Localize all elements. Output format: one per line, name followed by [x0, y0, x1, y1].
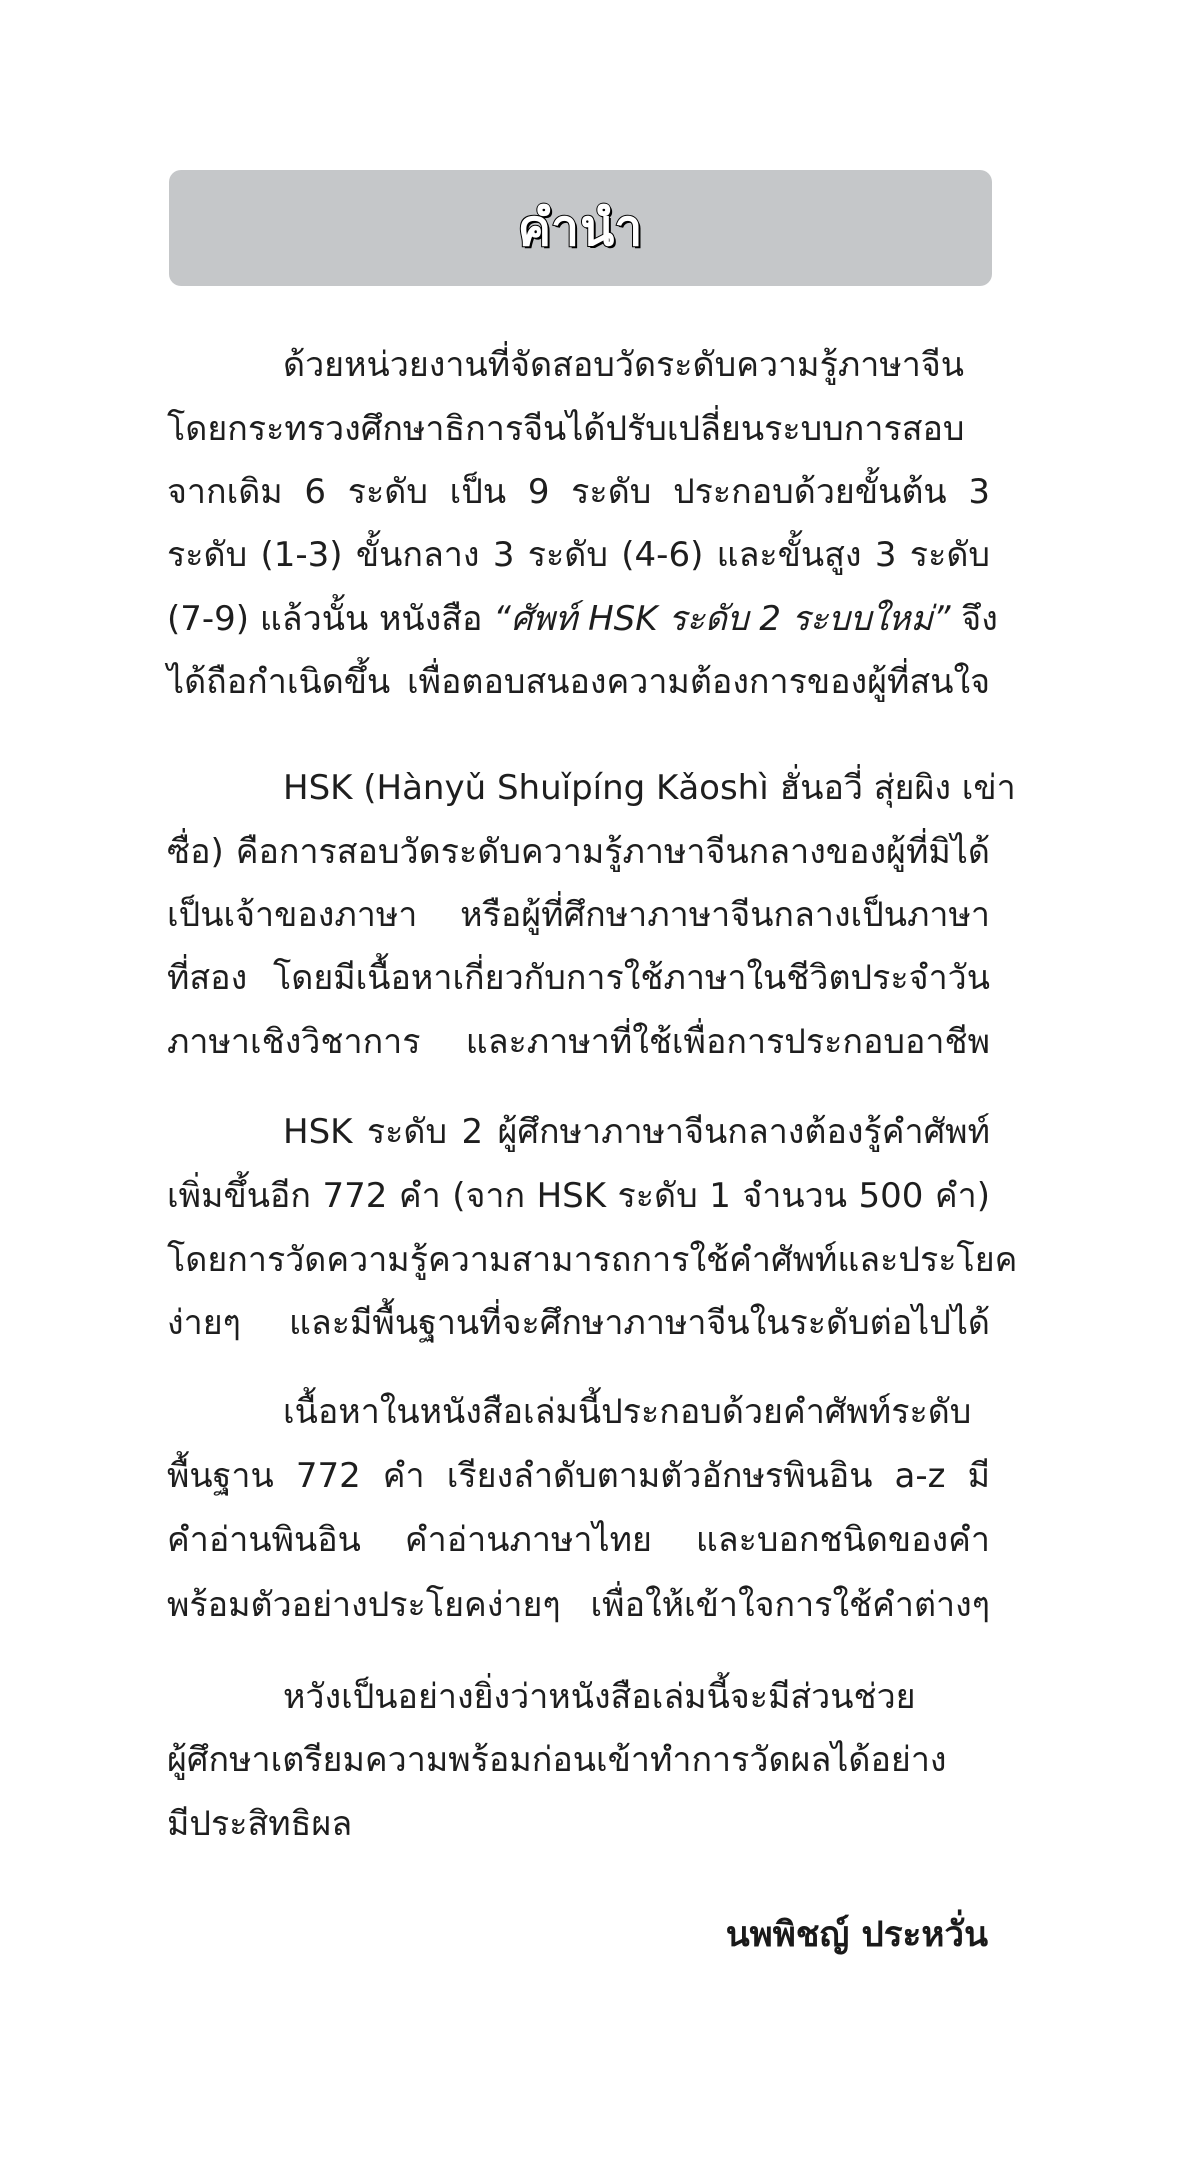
paragraph-line: ที่สอง โดยมีเนื้อหาเกี่ยวกับการใช้ภาษาใน… — [167, 948, 990, 1008]
line-text-after: จึง — [951, 599, 998, 639]
paragraph-line: ได้ถือกำเนิดขึ้น เพื่อตอบสนองความต้องการ… — [167, 652, 990, 712]
paragraph-line: HSK (Hànyǔ Shuǐpíng Kǎoshì ฮั่นอวี่ สุ่ย… — [283, 758, 990, 818]
title-banner: คำนำ — [169, 170, 992, 286]
author-signature: นพพิชญ์ ประหวั่น — [726, 1905, 988, 1965]
paragraph-line: ภาษาเชิงวิชาการ และภาษาที่ใช้เพื่อการประ… — [167, 1012, 990, 1072]
paragraph-line: จากเดิม 6 ระดับ เป็น 9 ระดับ ประกอบด้วยข… — [167, 462, 990, 522]
paragraph-line: ด้วยหน่วยงานที่จัดสอบวัดระดับความรู้ภาษา… — [283, 335, 990, 395]
paragraph-line: เนื้อหาในหนังสือเล่มนี้ประกอบด้วยคำศัพท์… — [283, 1382, 990, 1442]
paragraph-line: ซื่อ) คือการสอบวัดระดับความรู้ภาษาจีนกลา… — [167, 822, 990, 882]
paragraph-line: ง่ายๆ และมีพื้นฐานที่จะศึกษาภาษาจีนในระด… — [167, 1293, 990, 1353]
page-title: คำนำ — [518, 189, 644, 268]
paragraph-line: พร้อมตัวอย่างประโยคง่ายๆ เพื่อให้เข้าใจก… — [167, 1575, 990, 1635]
paragraph-line: ระดับ (1-3) ขั้นกลาง 3 ระดับ (4-6) และขั… — [167, 525, 990, 585]
paragraph-line: คำอ่านพินอิน คำอ่านภาษาไทย และบอกชนิดของ… — [167, 1510, 990, 1570]
paragraph-line: ผู้ศึกษาเตรียมความพร้อมก่อนเข้าทำการวัดผ… — [167, 1730, 990, 1790]
paragraph-line: เพิ่มขึ้นอีก 772 คำ (จาก HSK ระดับ 1 จำน… — [167, 1166, 990, 1226]
paragraph-line: โดยกระทรวงศึกษาธิการจีนได้ปรับเปลี่ยนระบ… — [167, 399, 990, 459]
paragraph-line: HSK ระดับ 2 ผู้ศึกษาภาษาจีนกลางต้องรู้คำ… — [283, 1102, 990, 1162]
line-text-before: (7-9) แล้วนั้น หนังสือ — [167, 599, 493, 639]
book-title-italic: “ศัพท์ HSK ระดับ 2 ระบบใหม่” — [493, 599, 950, 639]
paragraph-line: มีประสิทธิผล — [167, 1794, 990, 1854]
paragraph-line: โดยการวัดความรู้ความสามารถการใช้คำศัพท์แ… — [167, 1230, 990, 1290]
paragraph-line: พื้นฐาน 772 คำ เรียงลำดับตามตัวอักษรพินอ… — [167, 1446, 990, 1506]
paragraph-line: (7-9) แล้วนั้น หนังสือ “ศัพท์ HSK ระดับ … — [167, 589, 990, 649]
paragraph-line: หวังเป็นอย่างยิ่งว่าหนังสือเล่มนี้จะมีส่… — [283, 1667, 990, 1727]
paragraph-line: เป็นเจ้าของภาษา หรือผู้ที่ศึกษาภาษาจีนกล… — [167, 885, 990, 945]
